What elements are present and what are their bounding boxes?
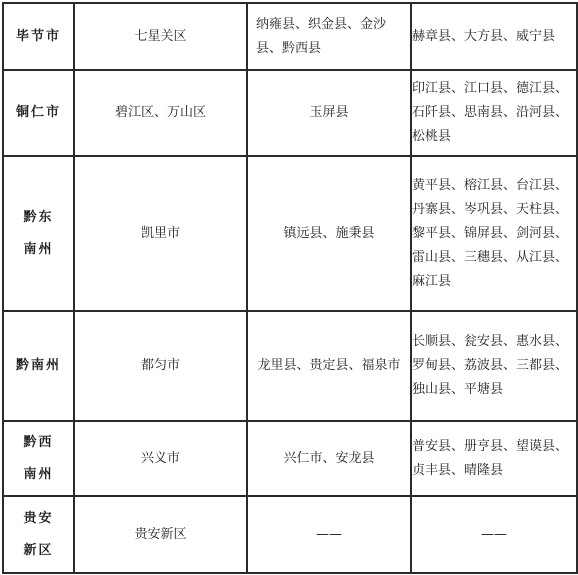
table-row-qiannan: 黔南州 都匀市 龙里县、贵定县、福泉市 长顺县、瓮安县、惠水县、罗甸县、荔波县、… [3,311,577,421]
prefecture-cell: 贵安 新区 [3,496,74,573]
guizhou-prefecture-table: 毕节市 七星关区 纳雍县、织金县、金沙县、黔西县 赫章县、大方县、威宁县 铜仁市… [2,2,578,574]
county-group-a-cell: —— [247,496,411,573]
table-row-guian: 贵安 新区 贵安新区 —— —— [3,496,577,573]
county-group-a-cell: 纳雍县、织金县、金沙县、黔西县 [247,3,411,70]
prefecture-cell: 毕节市 [3,3,74,70]
city-district-cell: 兴义市 [74,421,247,496]
prefecture-name-line-2: 南州 [4,459,73,491]
prefecture-name-line-1: 黔东 [4,202,73,234]
county-group-a-cell: 镇远县、施秉县 [247,156,411,311]
county-group-a-cell: 龙里县、贵定县、福泉市 [247,311,411,421]
city-district-cell: 都匀市 [74,311,247,421]
county-group-b-cell: 黄平县、榕江县、台江县、丹寨县、岑巩县、天柱县、黎平县、锦屏县、剑河县、雷山县、… [411,156,577,311]
table-row-qiandongnan: 黔东 南州 凯里市 镇远县、施秉县 黄平县、榕江县、台江县、丹寨县、岑巩县、天柱… [3,156,577,311]
table-row-tongren: 铜仁市 碧江区、万山区 玉屏县 印江县、江口县、德江县、石阡县、思南县、沿河县、… [3,70,577,156]
city-district-cell: 凯里市 [74,156,247,311]
table-row-bijie: 毕节市 七星关区 纳雍县、织金县、金沙县、黔西县 赫章县、大方县、威宁县 [3,3,577,70]
prefecture-cell: 黔西 南州 [3,421,74,496]
prefecture-name-line-1: 贵安 [4,503,73,535]
prefecture-cell: 黔东 南州 [3,156,74,311]
county-group-b-cell: —— [411,496,577,573]
prefecture-name-line-2: 新区 [4,535,73,567]
county-group-b-cell: 普安县、册亨县、望谟县、贞丰县、晴隆县 [411,421,577,496]
city-district-cell: 七星关区 [74,3,247,70]
city-district-cell: 碧江区、万山区 [74,70,247,156]
prefecture-name: 铜仁市 [4,101,73,125]
prefecture-name-line-1: 黔西 [4,427,73,459]
county-group-a-cell: 兴仁市、安龙县 [247,421,411,496]
prefecture-name-line-2: 南州 [4,234,73,266]
county-group-b-cell: 赫章县、大方县、威宁县 [411,3,577,70]
county-group-a-cell: 玉屏县 [247,70,411,156]
prefecture-name: 黔南州 [4,354,73,378]
prefecture-cell: 黔南州 [3,311,74,421]
prefecture-name: 毕节市 [4,25,73,49]
table-row-qianxinan: 黔西 南州 兴义市 兴仁市、安龙县 普安县、册亨县、望谟县、贞丰县、晴隆县 [3,421,577,496]
prefecture-cell: 铜仁市 [3,70,74,156]
city-district-cell: 贵安新区 [74,496,247,573]
county-group-b-cell: 长顺县、瓮安县、惠水县、罗甸县、荔波县、三都县、独山县、平塘县 [411,311,577,421]
county-group-b-cell: 印江县、江口县、德江县、石阡县、思南县、沿河县、松桃县 [411,70,577,156]
